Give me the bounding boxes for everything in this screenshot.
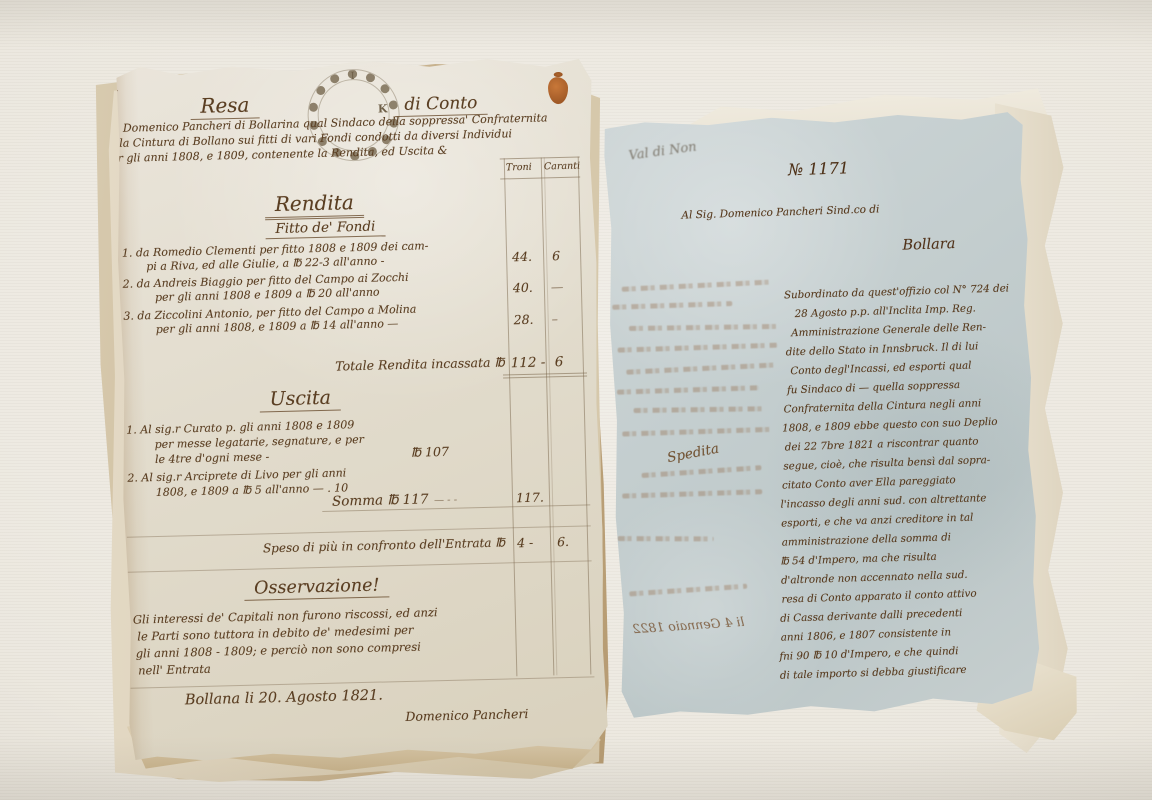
troni-header: Troni: [506, 162, 532, 174]
totale-rule: [503, 375, 587, 378]
place-name: Bollara: [902, 236, 955, 254]
uscita-entry-line: 1808, e 1809 a ℔ 5 all'anno — . 10: [156, 481, 349, 499]
letter-number: № 1171: [788, 158, 850, 179]
speso-caranti: 6.: [557, 534, 569, 549]
amount-caranti: –: [551, 311, 558, 326]
addressee-line: Al Sig. Domenico Pancheri Sind.co di: [681, 203, 879, 221]
somma-troni: 117.: [516, 490, 544, 506]
bleedthrough-line: [629, 584, 747, 597]
bleedthrough-line: [622, 489, 762, 498]
amount-caranti: 6: [552, 248, 560, 263]
column-rule: [504, 158, 518, 676]
column-rule: [541, 157, 555, 675]
bleedthrough-line: [626, 362, 778, 374]
pencil-note: Val di Non: [628, 140, 698, 164]
blue-letter-page: Val di Non № 1171 Al Sig. Domenico Panch…: [602, 107, 1043, 722]
bleedthrough-line: [629, 324, 777, 331]
somma-dashes: — - -: [434, 495, 457, 507]
column-rule: [578, 157, 592, 675]
right-document: Val di Non № 1171 Al Sig. Domenico Panch…: [593, 90, 1077, 760]
section-rule: [128, 560, 592, 572]
spedita-note: Spedita: [666, 441, 720, 467]
caranti-header: Caranti: [544, 161, 580, 173]
header-rule: [500, 157, 580, 160]
bleedthrough-line: [634, 406, 764, 413]
page-title-resa: Resa: [190, 92, 260, 120]
stamp-letter-top: I: [351, 71, 355, 82]
osservazione-line: gli anni 1808 - 1809; e perciò non sono …: [136, 640, 421, 661]
uscita-entry-line: le 4tre d'ogni mese -: [155, 450, 270, 466]
osservazione-heading: Osservazione!: [244, 575, 390, 601]
amount-troni: 40.: [513, 280, 533, 295]
mirrored-date: li 4 Gennaio 1822: [632, 614, 745, 636]
bleedthrough-line: [618, 343, 778, 353]
uscita-amount: ℔ 107: [411, 444, 449, 460]
letter-body: Subordinato da quest'offizio col N° 724 …: [784, 279, 1038, 685]
bleedthrough-line: [612, 301, 732, 310]
amount-caranti: —: [551, 279, 564, 294]
totale-label: Totale Rendita incassata ℔: [269, 354, 505, 375]
somma-label: Somma ℔ 117: [332, 491, 429, 509]
amount-troni: 28.: [513, 312, 533, 327]
osservazione-line: nell' Entrata: [138, 662, 211, 678]
rendita-heading: Rendita: [264, 190, 364, 220]
left-document: 7 Resa I K di Conto Domenico Pancheri di…: [98, 43, 621, 793]
bleedthrough-line: [622, 279, 772, 291]
bleedthrough-line: [622, 427, 772, 437]
stamp-letter-right: K: [378, 102, 388, 115]
seal-remnant: [548, 77, 569, 104]
speso-label: Speso di più in confronto dell'Entrata ℔: [183, 535, 505, 557]
totale-troni: 112 -: [511, 354, 546, 371]
header-rule: [500, 177, 580, 180]
signature: Domenico Pancheri: [405, 706, 528, 724]
section-rule: [131, 676, 595, 688]
uscita-heading: Uscita: [259, 386, 341, 412]
uscita-entry-line: per messe legatarie, segnature, e per: [154, 433, 364, 451]
totale-caranti: 6: [555, 354, 564, 370]
dateline: Bollana li 20. Agosto 1821.: [185, 688, 383, 709]
bleedthrough-line: [618, 536, 714, 541]
speso-troni: 4 -: [517, 535, 534, 550]
rendita-subheading: Fitto de' Fondi: [265, 218, 385, 239]
left-page: 7 Resa I K di Conto Domenico Pancheri di…: [111, 52, 610, 766]
bleedthrough-line: [617, 385, 759, 394]
bleedthrough-line: [641, 465, 761, 478]
amount-troni: 44.: [512, 249, 532, 264]
